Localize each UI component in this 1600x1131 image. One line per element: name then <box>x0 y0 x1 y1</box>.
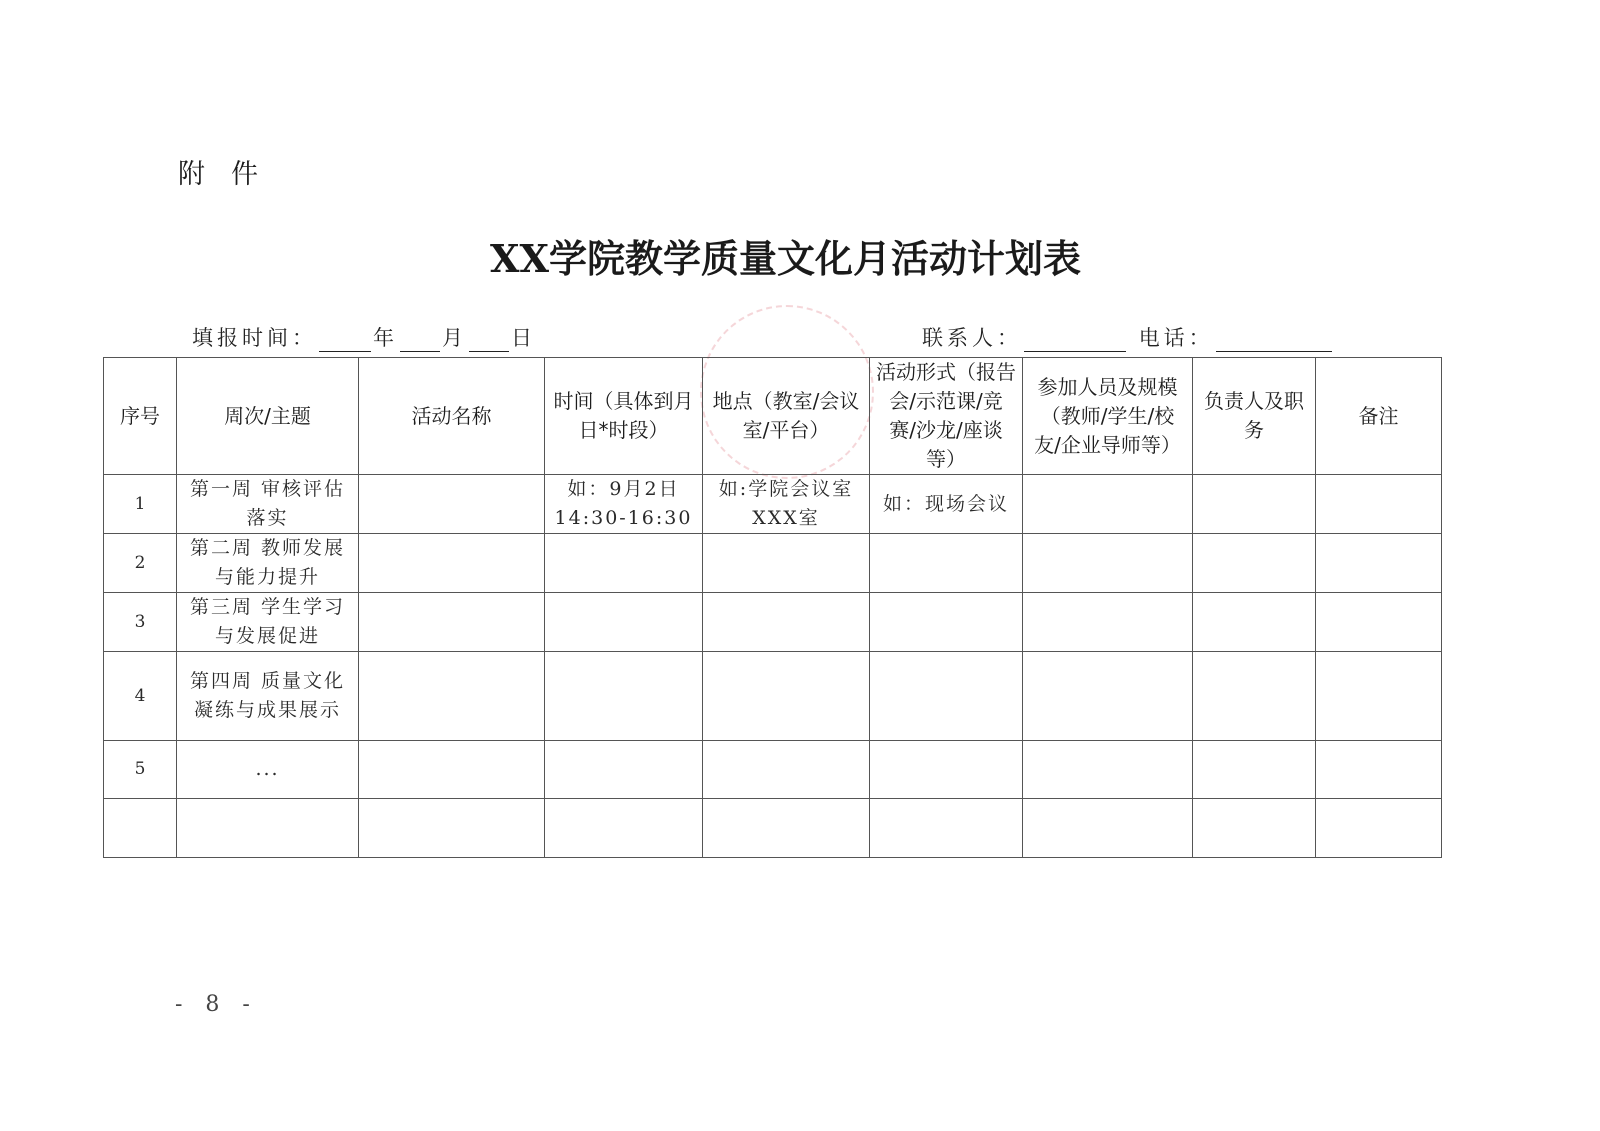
year-blank[interactable] <box>319 329 371 352</box>
table-row <box>104 799 1442 858</box>
contact-label: 联系人： <box>922 326 1022 350</box>
cell-theme: 第三周 学生学习与发展促进 <box>177 593 359 652</box>
cell-name[interactable] <box>359 475 545 534</box>
cell-place[interactable]: 如:学院会议室XXX室 <box>703 475 870 534</box>
cell-index <box>104 799 177 858</box>
cell-place[interactable] <box>703 534 870 593</box>
phone-blank[interactable] <box>1216 329 1332 352</box>
cell-place[interactable] <box>703 652 870 741</box>
cell-theme: 第二周 教师发展与能力提升 <box>177 534 359 593</box>
cell-time[interactable] <box>545 741 703 799</box>
table-row: 2 第二周 教师发展与能力提升 <box>104 534 1442 593</box>
header-week-theme: 周次/主题 <box>177 358 359 475</box>
cell-participants[interactable] <box>1023 741 1193 799</box>
table-row: 3 第三周 学生学习与发展促进 <box>104 593 1442 652</box>
cell-time[interactable]: 如：9月2日 14:30-16:30 <box>545 475 703 534</box>
header-form: 活动形式（报告会/示范课/竞赛/沙龙/座谈等） <box>870 358 1023 475</box>
cell-index: 4 <box>104 652 177 741</box>
page-number: - 8 - <box>175 992 258 1017</box>
cell-time[interactable] <box>545 799 703 858</box>
cell-index: 3 <box>104 593 177 652</box>
cell-name[interactable] <box>359 799 545 858</box>
cell-name[interactable] <box>359 593 545 652</box>
cell-index: 2 <box>104 534 177 593</box>
cell-remark[interactable] <box>1316 475 1442 534</box>
cell-theme: 第一周 审核评估落实 <box>177 475 359 534</box>
cell-form[interactable] <box>870 652 1023 741</box>
month-blank[interactable] <box>400 329 440 352</box>
attachment-label: 附件 <box>178 152 284 191</box>
cell-theme: ... <box>177 741 359 799</box>
cell-time[interactable] <box>545 534 703 593</box>
cell-index: 1 <box>104 475 177 534</box>
cell-theme: 第四周 质量文化凝练与成果展示 <box>177 652 359 741</box>
cell-participants[interactable] <box>1023 534 1193 593</box>
cell-place[interactable] <box>703 741 870 799</box>
cell-remark[interactable] <box>1316 741 1442 799</box>
contact-line: 联系人： 电话： <box>922 322 1334 352</box>
cell-leader[interactable] <box>1193 593 1316 652</box>
day-label: 日 <box>511 326 536 350</box>
cell-leader[interactable] <box>1193 534 1316 593</box>
cell-form[interactable] <box>870 741 1023 799</box>
header-index: 序号 <box>104 358 177 475</box>
cell-participants[interactable] <box>1023 475 1193 534</box>
cell-participants[interactable] <box>1023 652 1193 741</box>
header-time: 时间（具体到月日*时段） <box>545 358 703 475</box>
cell-remark[interactable] <box>1316 799 1442 858</box>
cell-name[interactable] <box>359 652 545 741</box>
cell-form[interactable] <box>870 593 1023 652</box>
cell-leader[interactable] <box>1193 799 1316 858</box>
cell-name[interactable] <box>359 741 545 799</box>
cell-leader[interactable] <box>1193 475 1316 534</box>
cell-theme[interactable] <box>177 799 359 858</box>
cell-participants[interactable] <box>1023 799 1193 858</box>
header-participants: 参加人员及规模（教师/学生/校友/企业导师等） <box>1023 358 1193 475</box>
header-place: 地点（教室/会议室/平台） <box>703 358 870 475</box>
phone-label: 电话： <box>1139 326 1214 350</box>
contact-blank[interactable] <box>1024 329 1126 352</box>
cell-place[interactable] <box>703 799 870 858</box>
table-header-row: 序号 周次/主题 活动名称 时间（具体到月日*时段） 地点（教室/会议室/平台）… <box>104 358 1442 475</box>
table-row: 4 第四周 质量文化凝练与成果展示 <box>104 652 1442 741</box>
cell-place[interactable] <box>703 593 870 652</box>
table-row: 5 ... <box>104 741 1442 799</box>
cell-index: 5 <box>104 741 177 799</box>
report-time-label: 填报时间： <box>192 326 317 350</box>
cell-time[interactable] <box>545 593 703 652</box>
cell-form[interactable] <box>870 799 1023 858</box>
table-row: 1 第一周 审核评估落实 如：9月2日 14:30-16:30 如:学院会议室X… <box>104 475 1442 534</box>
header-remark: 备注 <box>1316 358 1442 475</box>
header-activity-name: 活动名称 <box>359 358 545 475</box>
cell-name[interactable] <box>359 534 545 593</box>
cell-remark[interactable] <box>1316 593 1442 652</box>
cell-leader[interactable] <box>1193 652 1316 741</box>
cell-leader[interactable] <box>1193 741 1316 799</box>
month-label: 月 <box>442 326 467 350</box>
cell-time[interactable] <box>545 652 703 741</box>
header-leader: 负责人及职务 <box>1193 358 1316 475</box>
cell-remark[interactable] <box>1316 652 1442 741</box>
report-time-line: 填报时间：年月日 <box>192 322 536 352</box>
activity-plan-table: 序号 周次/主题 活动名称 时间（具体到月日*时段） 地点（教室/会议室/平台）… <box>103 357 1442 858</box>
cell-form[interactable] <box>870 534 1023 593</box>
document-title: XX学院教学质量文化月活动计划表 <box>490 228 1150 283</box>
cell-remark[interactable] <box>1316 534 1442 593</box>
year-label: 年 <box>373 326 398 350</box>
cell-form[interactable]: 如：现场会议 <box>870 475 1023 534</box>
cell-participants[interactable] <box>1023 593 1193 652</box>
day-blank[interactable] <box>469 329 509 352</box>
